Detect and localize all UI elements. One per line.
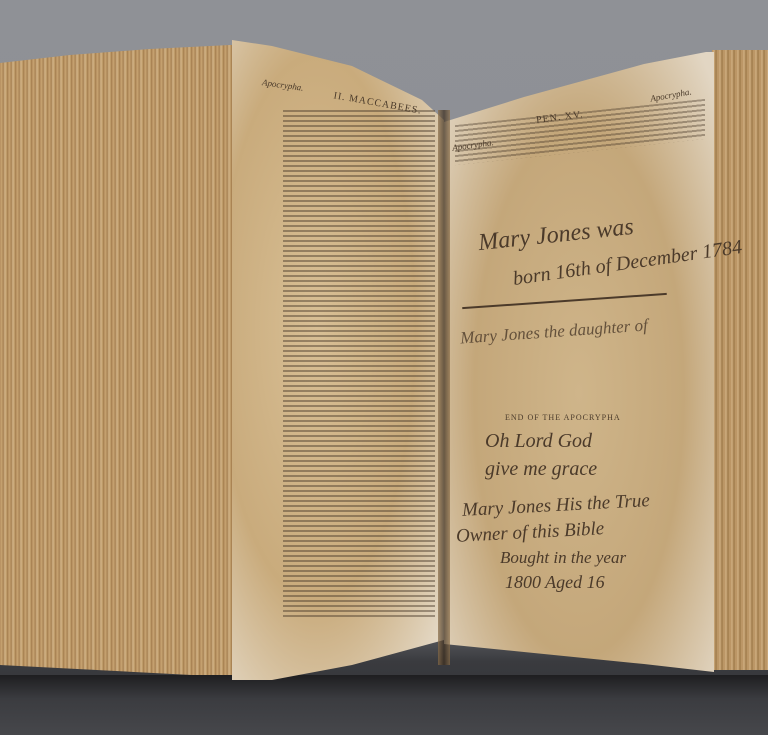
prayer-line-2: give me grace (485, 458, 597, 481)
book-gutter (438, 110, 450, 665)
right-page-edges (712, 50, 768, 670)
left-page-edges (0, 45, 248, 675)
prayer-line-1: Oh Lord God (485, 430, 592, 453)
book-stand (0, 675, 768, 735)
left-page-printed-text (283, 110, 435, 620)
inscription-line-7: 1800 Aged 16 (505, 572, 605, 593)
inscription-line-6: Bought in the year (500, 548, 626, 568)
printed-end-label: END OF THE APOCRYPHA (505, 413, 621, 422)
